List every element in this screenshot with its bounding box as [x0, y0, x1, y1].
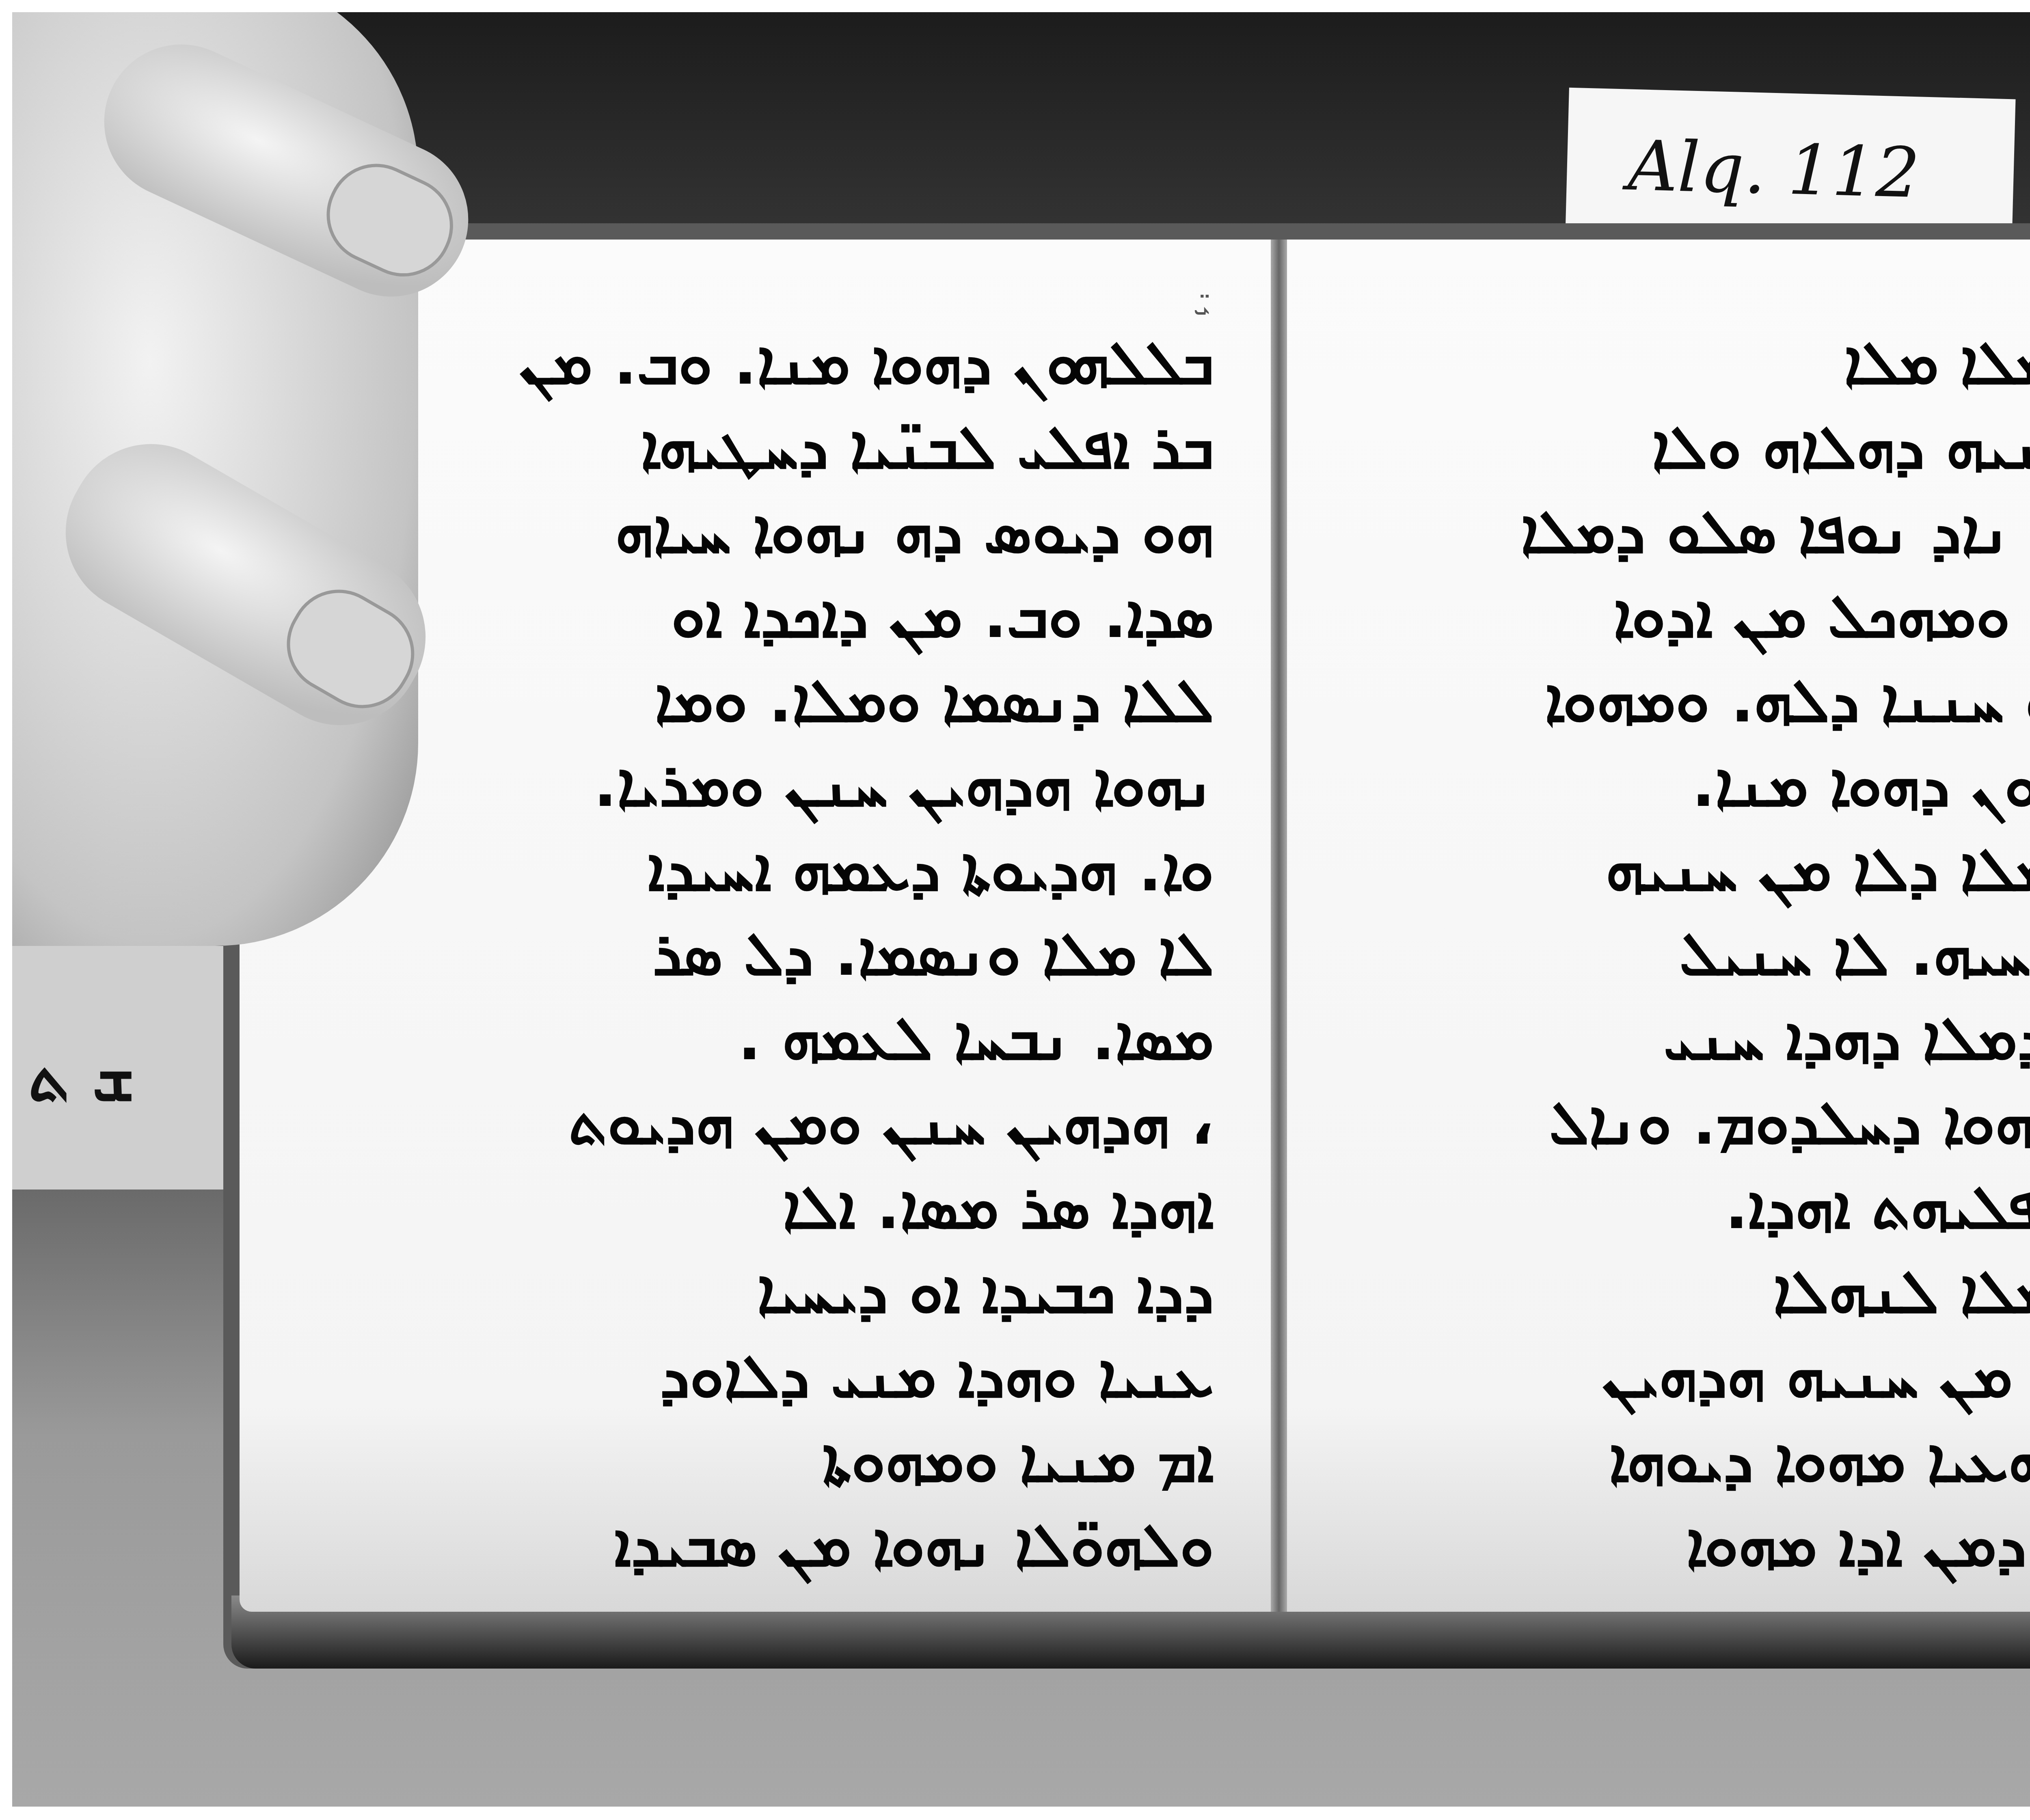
text-line: ܕܕܐ ܟܒܝܕܐ ܐܘ ܕܝܚܝܐ	[503, 1250, 1214, 1334]
text-line: ܒܪ ܐܦܠܝ ܠܒܢ̈ܝܐ ܕܚܛܝܗܐ	[503, 405, 1214, 490]
text-line: ܘܠܗܘ̈ܠܐ ܢܗܘܐ ܡܢ ܣܒܝܕܐ	[503, 1503, 1214, 1587]
text-line: ܡܣܕܕ ܘܡܗܟܠ ܡܢ ܐܕܘܐ	[1441, 574, 2030, 658]
text-line: ܐܢܐ ܕܡܠܐ ܠܢܗܠܐ	[1441, 1250, 2030, 1334]
book-gutter	[1271, 240, 1287, 1612]
thumbnail	[311, 148, 469, 292]
text-line: ܐܢܐ ܕܡܠܐ ܕܠܐ ܡܢ ܚܢܝܗ	[1441, 827, 2030, 912]
text-line: ܕܣܠܢ ܡܢ ܚܢܝܗ ܗܕܗܝܢ	[1441, 1334, 2030, 1418]
text-line: ܠܠܐ ܕܢܣܡܐ ܘܡܠܐ. ܘܡܐ	[503, 658, 1214, 743]
text-line: ܐܡ ܡܢܝܐ ܘܡܗܘܬܐ	[503, 1418, 1214, 1503]
folio-mark: ܝ̈	[1193, 288, 1210, 322]
text-line: ܠܢܝܐ ܦܠܝܗܬ ܐܗܕܐ.	[1441, 1165, 2030, 1250]
right-page: ܝ̈ ܐܢܐ ܕܡܠܐ ܡܠܐ ܡܢ ܚܢܝܗ ܕܗܠܐܗ ܘܠܐ ܕܝܕܗܐ …	[1287, 240, 2030, 1612]
text-line: ܢܗܘܐ ܗܕܗܝܢ ܚܢܢ ܘܡܪܝܐ.	[503, 743, 1214, 827]
text-line: ܗܘ ܕܝܘܣ ܕܗ ܢܗܘܐ ܚܝܐܗ	[503, 490, 1214, 574]
text-line: ܐܗܕܐ ܣܪ ܡܣܐ. ܐܠܐ	[503, 1165, 1214, 1250]
text-line: ܒܠܠܗܘܢ ܕܗܘܐ ܡܢܐ.	[1441, 743, 2030, 827]
side-label-card: ܫ ܬ	[12, 946, 231, 1190]
text-line: ܘܐ. ܗܕܝܘܬܐ ܕܥܡܗ ܐܚܝܕܐ	[503, 827, 1214, 912]
text-line: ܥܢܝ ܗܥܝܐ ܡܗܘܐ ܕܝܘܗܐ	[1441, 1418, 2030, 1503]
text-line: ܡܣܐ. ܢܒܚܐ ܠܥܡܗ .	[503, 996, 1214, 1081]
text-line: ܣܕܐ ܢܗܘܐ ܕܚܠܕܘܡ. ܘܢܐܠ	[1441, 1081, 2030, 1165]
open-manuscript: ܝ̈ ܒܠܠܗܘܢ ܕܗܘܐ ܡܢܐ. ܘܒ. ܡܢ ܒܪ ܐܦܠܝ ܠܒܢ̈ܝ…	[223, 223, 2030, 1669]
text-line: ܣܕܐ. ܘܒ. ܡܢ ܕܐܟܕܐ ܐܘ	[503, 574, 1214, 658]
text-line: ܥܢܝܐ ܘܗܕܐ ܡܢܝ ܕܠܐܘܕ	[503, 1334, 1214, 1418]
text-line: ، ܗܕܗܝܢ ܚܢܢ ܘܡܢ ܗܕܝܘܬ	[503, 1081, 1214, 1165]
photo-frame: ܫ ܬ Alq. 112 ܝ̈ ܒܠܠܗܘܢ ܕܗܘܐ ܡܢܐ. ܘܒ. ܡܢ …	[12, 12, 2030, 1807]
left-page-text: ܒܠܠܗܘܢ ܕܗܘܐ ܡܢܐ. ܘܒ. ܡܢ ܒܪ ܐܦܠܝ ܠܒܢ̈ܝܐ ܕ…	[503, 321, 1214, 1587]
text-line: ܘܠܐ ܕܚܝܗ. ܠܐ ܚܢܝܠ	[1441, 912, 2030, 996]
text-line: ܘܡܘܗ ܚܢܢܐ ܕܠܗ. ܘܡܗܘܐ	[1441, 658, 2030, 743]
text-line: ܘܠܢ ܕܡܠܐ ܕܗܕܐ ܚܢܝ	[1441, 996, 2030, 1081]
text-line: ܡܢ ܚܢܝܗ ܕܗܠܐܗ ܘܠܐ	[1441, 405, 2030, 490]
text-line: ܒܠܠܗܘܢ ܕܗܘܐ ܡܢܐ. ܘܒ. ܡܢ	[503, 321, 1214, 405]
text-line: ܘܠܢܐ ܕܡܢ ܐܕܐ ܡܗܘܐ	[1441, 1503, 2030, 1587]
text-line: ܕܝܕܗܐ ܢܐܕ ܢܘܦܐ ܣܠܘ ܕܡܠܐ	[1441, 490, 2030, 574]
shelf-mark-text: Alq. 112	[1627, 126, 1920, 214]
side-label-text: ܫ ܬ	[28, 1039, 134, 1116]
right-page-text: ܐܢܐ ܕܡܠܐ ܡܠܐ ܡܢ ܚܢܝܗ ܕܗܠܐܗ ܘܠܐ ܕܝܕܗܐ ܢܐܕ…	[1441, 321, 2030, 1587]
text-line: ܐܢܐ ܕܡܠܐ ܡܠܐ	[1441, 321, 2030, 405]
shelf-mark-tag: Alq. 112	[1565, 88, 2015, 246]
text-line: ܠܐ ܡܠܐ ܘܢܣܡܐ. ܕܠ ܣܪ	[503, 912, 1214, 996]
